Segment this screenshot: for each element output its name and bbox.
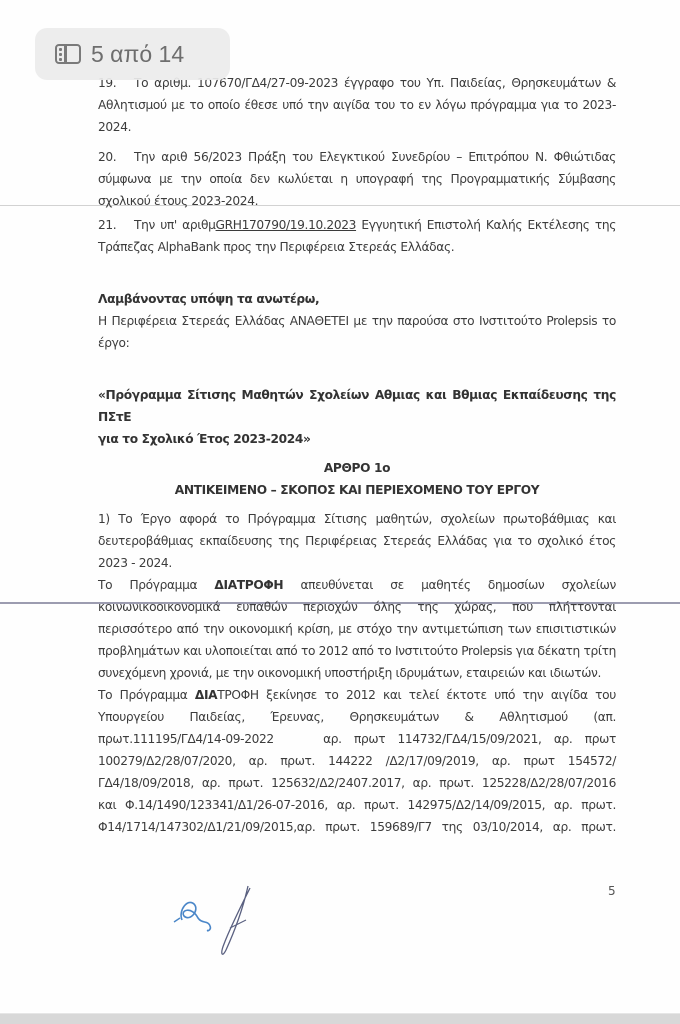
signature-icon xyxy=(170,880,290,960)
list-item-19: 19.Το αριθμ. 107670/ΓΔ4/27-09-2023 έγγρα… xyxy=(98,72,616,138)
document-page: 19.Το αριθμ. 107670/ΓΔ4/27-09-2023 έγγρα… xyxy=(0,0,680,1012)
page-counter: 5 από 14 xyxy=(91,41,184,68)
list-item-21: 21.Την υπ' αριθμGRH170790/19.10.2023 Εγγ… xyxy=(98,214,616,258)
paragraph-2: Το Πρόγραμμα ΔΙΑΤΡΟΦΗ απευθύνεται σε μαθ… xyxy=(98,574,616,684)
article-heading: ΑΡΘΡΟ 1ο xyxy=(98,457,616,479)
list-item-20: 20.Την αριθ 56/2023 Πράξη του Ελεγκτικού… xyxy=(98,146,616,212)
bottom-toolbar-edge xyxy=(0,1013,680,1024)
considering-heading: Λαμβάνοντας υπόψη τα ανωτέρω, xyxy=(98,288,616,310)
article-subheading: ΑΝΤΙΚΕΙΜΕΝΟ – ΣΚΟΠΟΣ ΚΑΙ ΠΕΡΙΕΧΟΜΕΝΟ ΤΟΥ… xyxy=(98,479,616,501)
considering-block: Λαμβάνοντας υπόψη τα ανωτέρω, Η Περιφέρε… xyxy=(98,288,616,354)
page-number: 5 xyxy=(608,884,616,898)
paragraph-1: 1) Το Έργο αφορά το Πρόγραμμα Σίτισης μα… xyxy=(98,508,616,574)
article-heading-block: ΑΡΘΡΟ 1ο ΑΝΤΙΚΕΙΜΕΝΟ – ΣΚΟΠΟΣ ΚΑΙ ΠΕΡΙΕΧ… xyxy=(98,457,616,501)
paragraph-3: Το Πρόγραμμα ΔΙΑΤΡΟΦΗ ξεκίνησε το 2012 κ… xyxy=(98,684,616,838)
page-indicator[interactable]: 5 από 14 xyxy=(35,28,230,80)
guarantee-letter-ref: GRH170790/19.10.2023 xyxy=(216,218,357,232)
sidebar-panel-icon[interactable] xyxy=(55,44,81,64)
project-title: «Πρόγραμμα Σίτισης Μαθητών Σχολείων Αθμι… xyxy=(98,384,616,450)
